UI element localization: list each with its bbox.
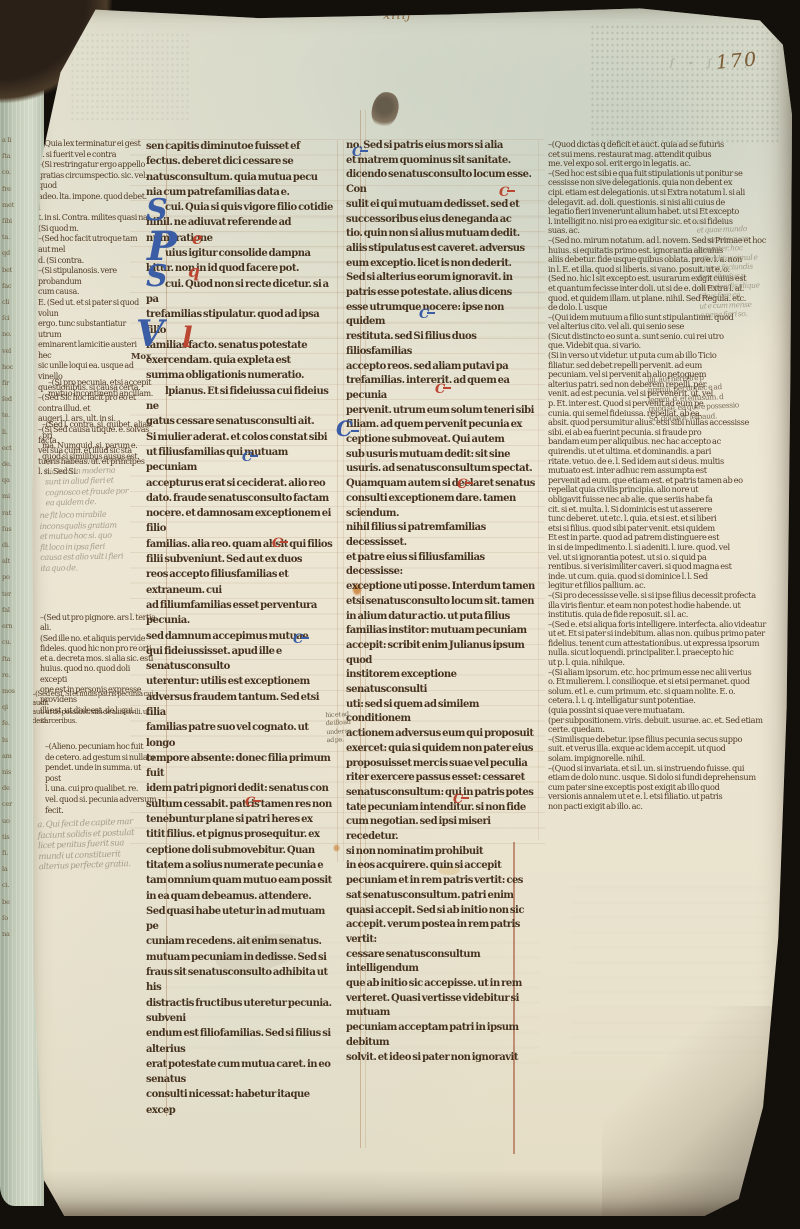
main-text-column-1: sen capitis diminutoe fuisset ef fectus.…: [146, 139, 338, 1118]
left-gloss-faded-note-2: ne fit loco mirabile inconsqualis gratia…: [39, 509, 152, 575]
gutter-cursive-note: hic et ad de illo ad under so ad pa.: [325, 709, 371, 745]
left-gloss-block-2: –(Si pro pecunia. etsi accepit mutuo inc…: [48, 378, 158, 399]
red-paragraph-mark: C: [272, 537, 288, 550]
left-gloss-block-6: –(Alieno. pecuniam hoc fuit de cetero. a…: [45, 742, 157, 816]
decorated-initial-q: q: [188, 264, 200, 281]
blue-paragraph-mark-large: C: [336, 418, 359, 439]
decorated-initial-S: S: [146, 196, 168, 226]
mox-marginal-word: Mox: [131, 352, 151, 362]
red-paragraph-mark: C: [435, 383, 451, 396]
parchment-speckle: [590, 24, 780, 144]
parchment-speckle: [70, 32, 190, 122]
decorated-initial-e: e: [192, 231, 203, 248]
left-gloss-faded-note-1: quod attendi in causis ut hic loco in mo…: [44, 454, 153, 510]
faded-scribble: ſ ˖ ʃ ˖ ſ: [670, 58, 755, 69]
main-text-column-2: no. Sed si patris eius mors si alia et m…: [346, 139, 538, 1065]
left-gloss-block-5: –(Sed etsi. Si et nudis patris pecunia c…: [32, 690, 160, 726]
decorated-initial-l: l: [182, 324, 193, 352]
vertical-ruling: [343, 140, 344, 862]
quire-numeral: xiiij: [383, 8, 412, 23]
decorated-initial-V: V: [136, 316, 164, 352]
right-margin-cursive-note-2: illi. aut heredi e p premii. per donec e…: [647, 369, 800, 425]
red-paragraph-mark: C: [499, 186, 515, 199]
red-paragraph-mark: C: [453, 793, 469, 806]
previous-folio-text-sliver: a li ſta co. fre met ſibi ta. qd bet fac…: [2, 132, 36, 962]
blue-paragraph-mark: C: [352, 146, 368, 159]
red-paragraph-mark: C: [457, 478, 473, 491]
blue-paragraph-mark: C: [419, 308, 435, 321]
blue-paragraph-mark: C: [293, 633, 309, 646]
red-paragraph-mark: C: [245, 796, 261, 809]
parchment-page: xiiij 170 ſ ˖ ʃ ˖ ſ sen capitis diminuto…: [30, 6, 792, 1216]
ink-blot-stain: [369, 90, 402, 131]
left-gloss-faded-note-3: a. Qui fecit de capite mar faciunt solid…: [37, 816, 167, 873]
blue-paragraph-mark: C: [242, 451, 258, 464]
manuscript-photo: a li ſta co. fre met ſibi ta. qd bet fac…: [0, 0, 800, 1229]
vertical-ruling: [538, 140, 539, 840]
bottom-edge-shadow: [30, 1170, 792, 1216]
decorated-initial-S2: S: [146, 262, 168, 292]
right-margin-cursive-note-1: a. et quae mundo nummi aequae mauriter. …: [696, 213, 796, 320]
